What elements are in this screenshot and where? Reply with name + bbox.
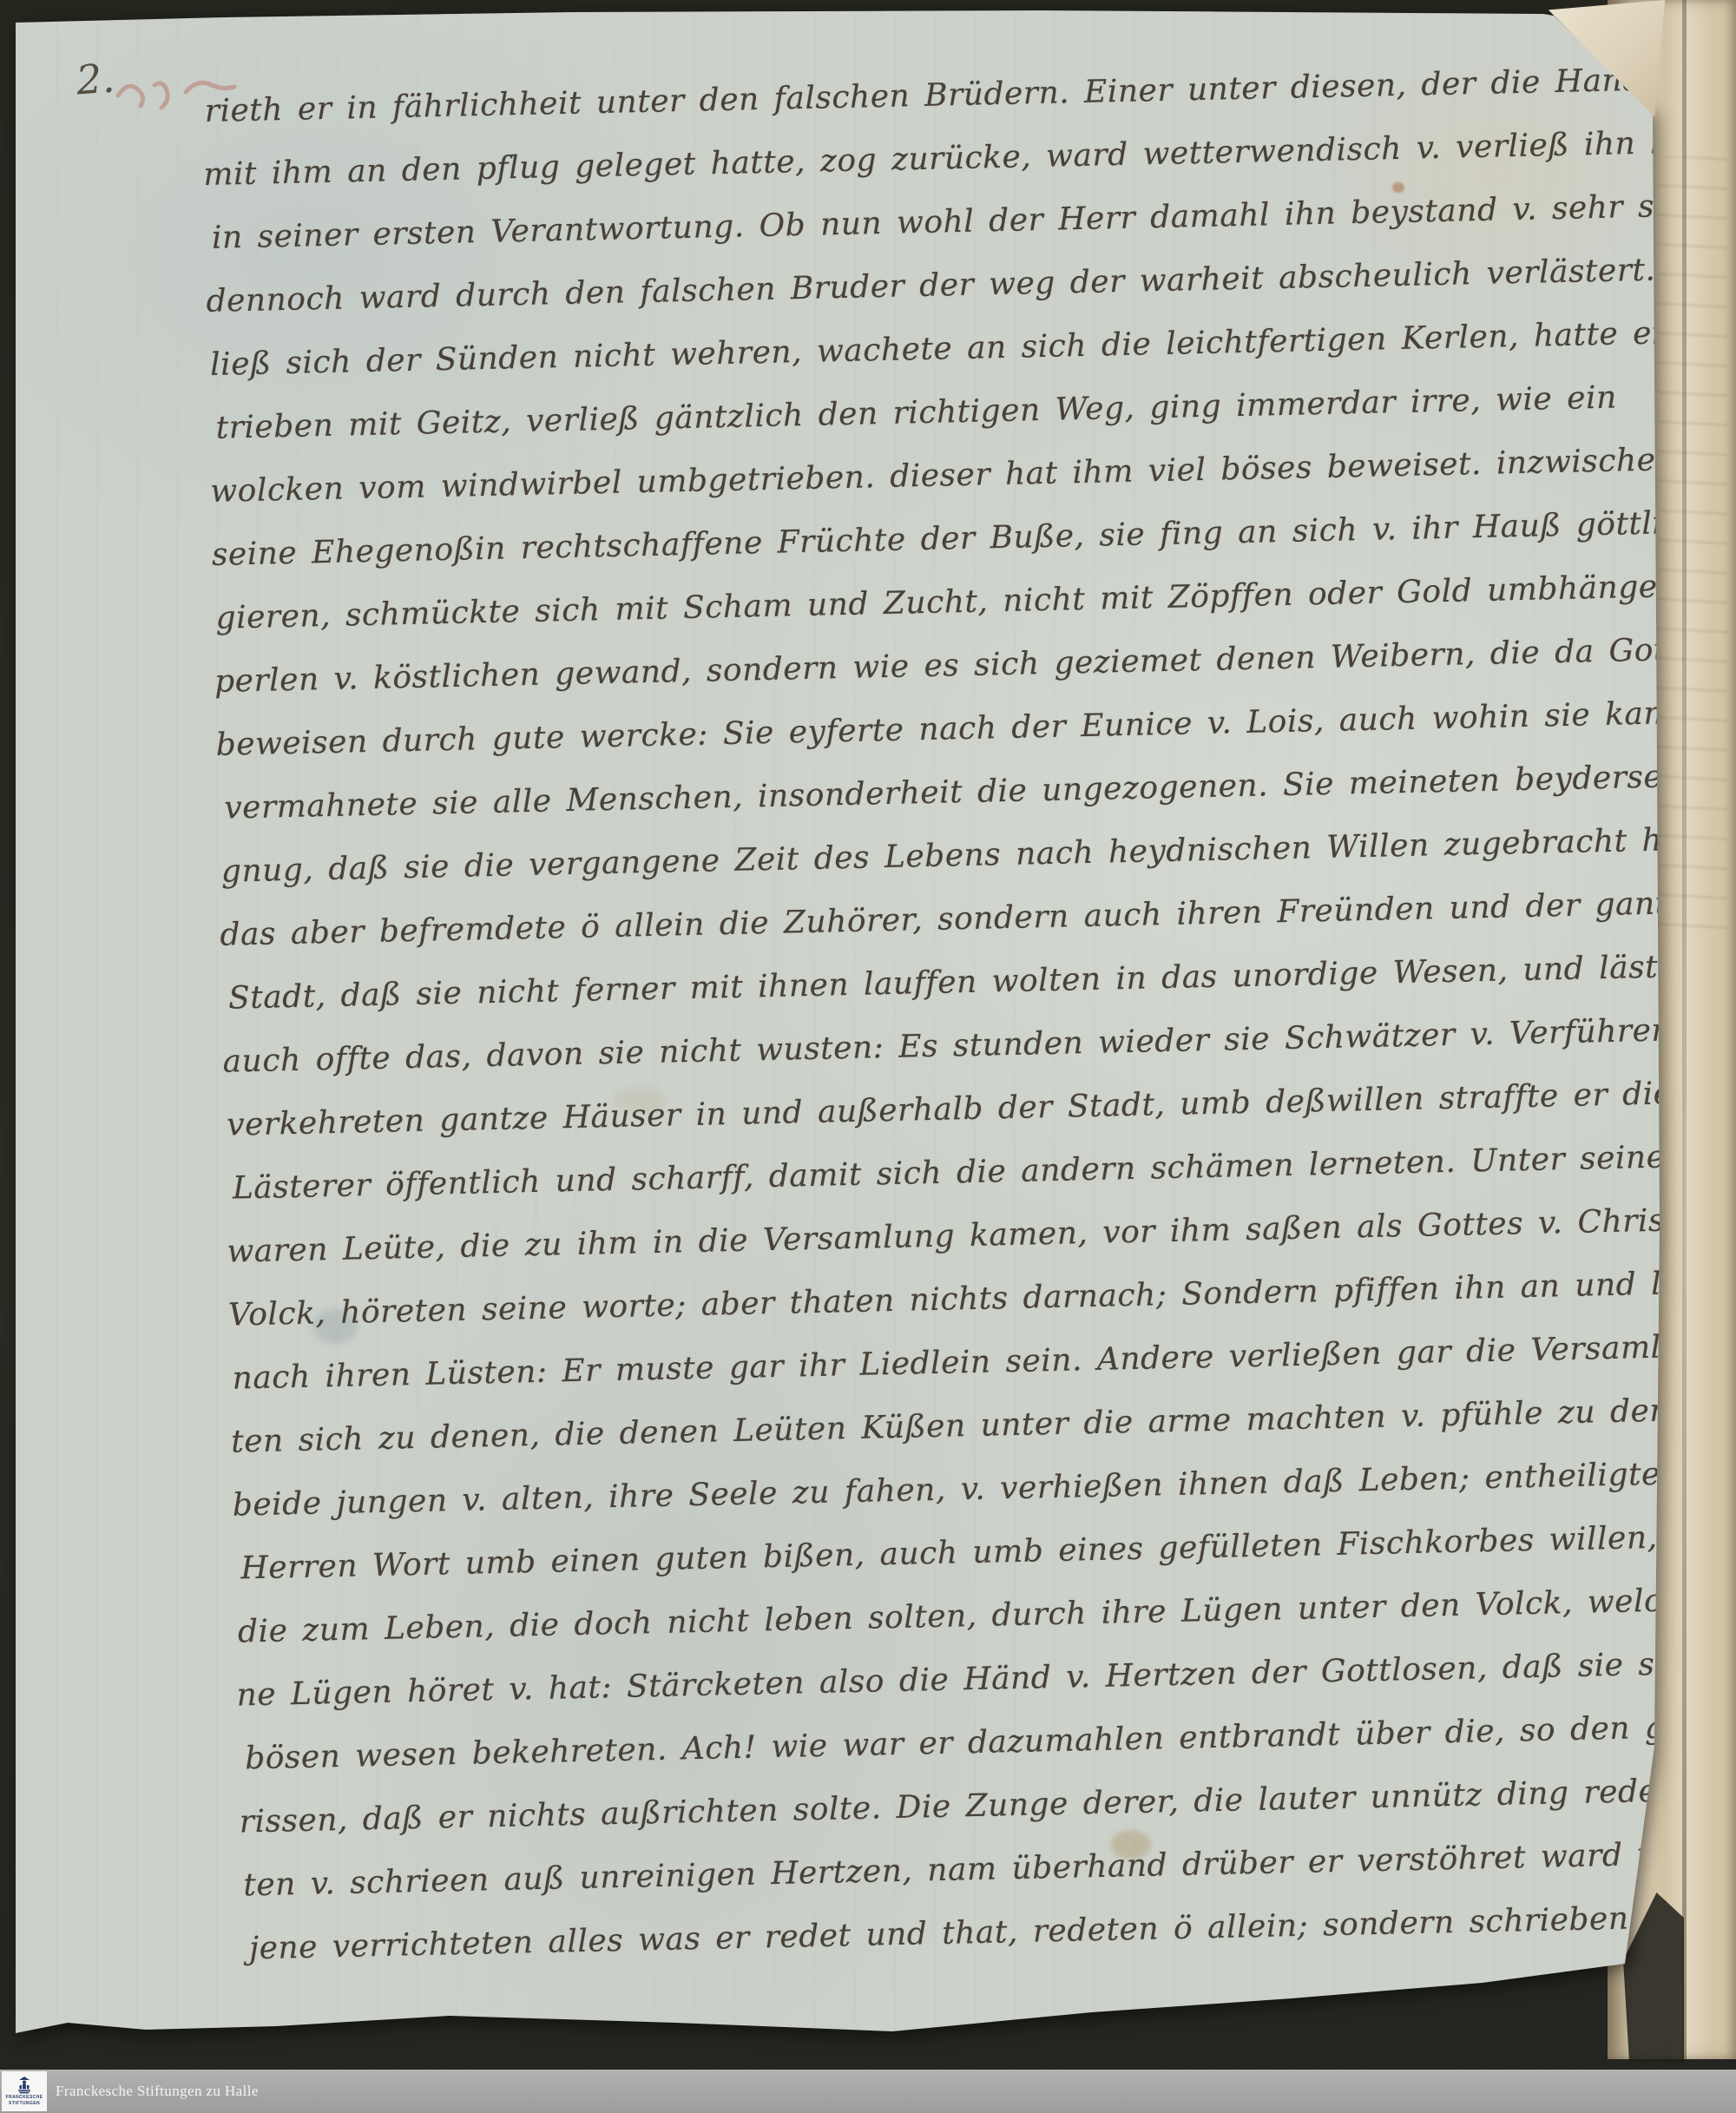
- manuscript-page: 2. rieth er in fährlichheit unter den fa…: [16, 10, 1660, 2050]
- logo-caption-line2: STIFTUNGEN: [9, 2101, 40, 2106]
- logo-caption-line1: FRANCKESCHE: [6, 2095, 43, 2100]
- manuscript-text: rieth er in fährlichheit unter den falsc…: [201, 48, 1720, 2042]
- book-edge-seam: [1682, 0, 1687, 2059]
- footer-bar: FRANCKESCHE STIFTUNGEN Franckesche Stift…: [0, 2070, 1736, 2113]
- institution-logo: FRANCKESCHE STIFTUNGEN: [2, 2071, 47, 2111]
- logo-emblem-icon: [16, 2077, 32, 2094]
- folio-number: 2.: [75, 55, 116, 104]
- page-showthrough-text: [1658, 156, 1727, 938]
- institution-name: Franckesche Stiftungen zu Halle: [56, 2083, 259, 2100]
